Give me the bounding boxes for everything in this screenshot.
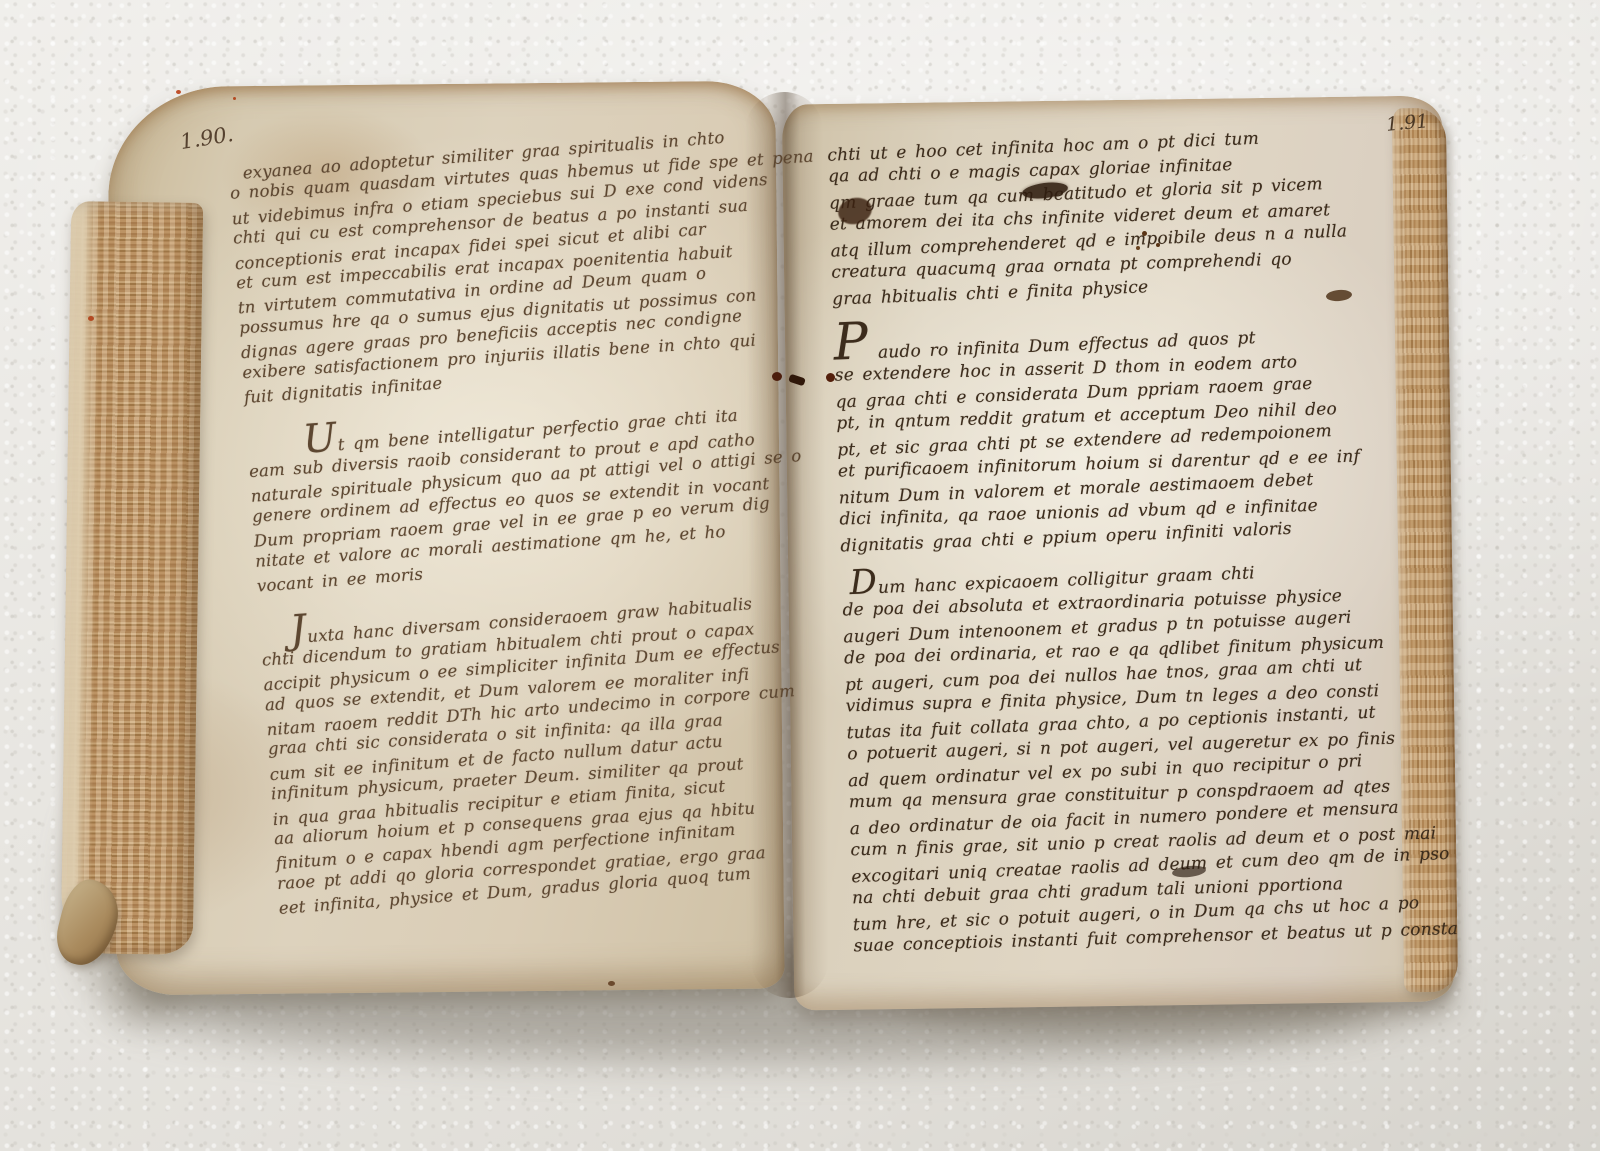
fore-edge-page-stack — [61, 201, 203, 955]
paragraph: Dum hanc expicaoem colligitur graam chti… — [841, 551, 1420, 960]
red-speck — [88, 316, 94, 321]
wormhole-dot — [826, 373, 835, 382]
photo-of-manuscript: { "scene": { "surface": "white-textured-… — [0, 0, 1600, 1151]
paragraph: exyanea ao adoptetur similiter graa spir… — [228, 125, 791, 408]
paragraph: Ut qm bene intelligatur perfectio grae c… — [246, 392, 804, 597]
paragraph: chti ut e hoo cet infinita hoc am o pt d… — [827, 123, 1398, 310]
ink-speck — [1142, 231, 1147, 236]
red-speck — [233, 97, 236, 100]
page-number-right: 1.91 — [1385, 110, 1429, 136]
left-page-text: exyanea ao adoptetur similiter graa spir… — [228, 125, 828, 940]
paragraph: Juxta hanc diversam consideraoem graw ha… — [259, 580, 826, 919]
paper-fleck — [608, 981, 615, 986]
ink-speck — [1136, 246, 1140, 250]
ink-speck — [1156, 243, 1160, 247]
wormhole-dot — [772, 372, 782, 381]
red-speck — [176, 90, 181, 94]
right-page-text: chti ut e hoo cet infinita hoc am o pt d… — [827, 123, 1420, 972]
paragraph: P audo ro infinita Dum effectus ad quos … — [833, 304, 1406, 557]
